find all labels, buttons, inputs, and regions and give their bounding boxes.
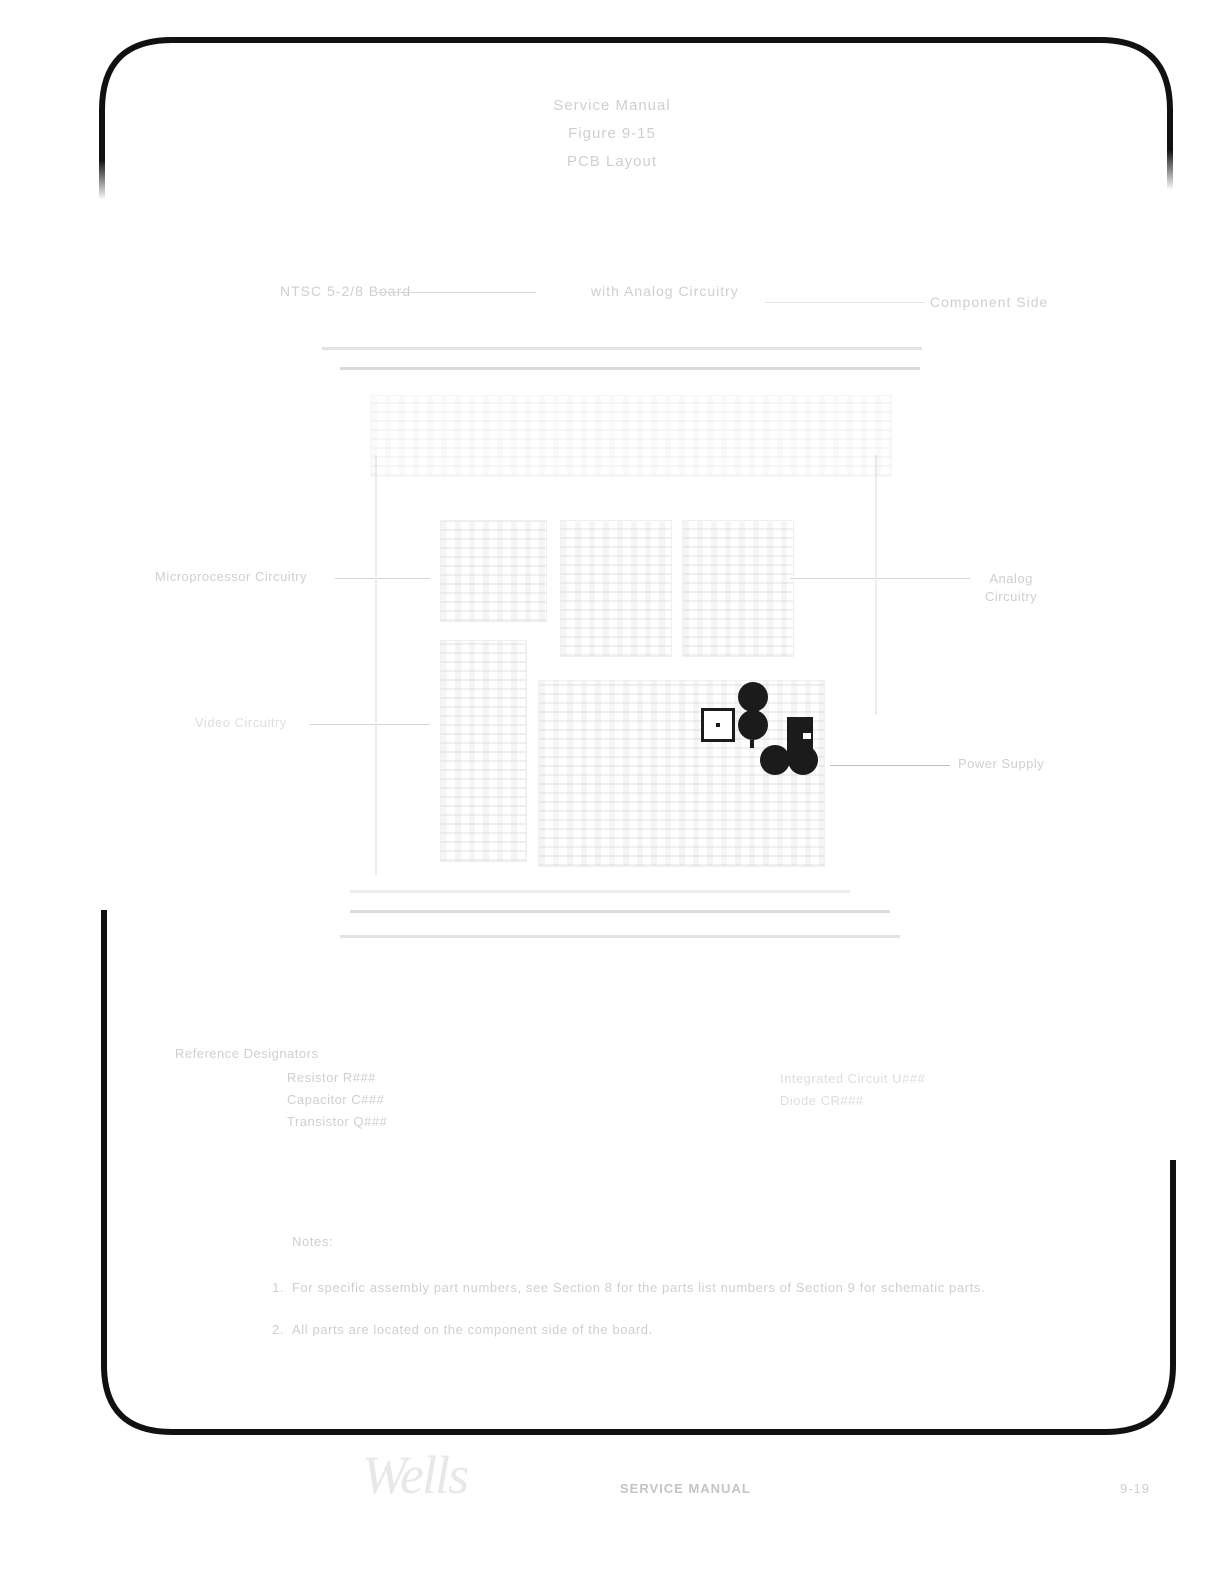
component-group [440, 520, 547, 622]
callout-right-upper: Analog Circuitry [985, 570, 1037, 606]
callout-line: Analog [985, 570, 1037, 588]
title-block: Service Manual Figure 9-15 PCB Layout [0, 92, 1224, 176]
notes-heading: Notes: [292, 1232, 992, 1252]
capacitor-icon [738, 682, 768, 712]
legend-line: Resistor R### [287, 1067, 387, 1089]
note-text: All parts are located on the component s… [292, 1322, 653, 1337]
callout-line: Circuitry [985, 588, 1037, 606]
capacitor-lead [750, 740, 754, 748]
connector-strip-bottom [340, 935, 900, 938]
brand-logo: Wells [362, 1444, 467, 1506]
capacitor-icon [760, 745, 790, 775]
component-group [538, 680, 825, 867]
connector-strip [340, 367, 920, 370]
note-item: 1. For specific assembly part numbers, s… [292, 1278, 992, 1298]
header-right-label: Component Side [930, 294, 1048, 310]
legend-line: Capacitor C### [287, 1089, 387, 1111]
component-group [682, 520, 794, 657]
title-line: Service Manual [0, 92, 1224, 120]
board-edge-top [322, 347, 922, 350]
trace-line [350, 890, 850, 893]
board-edge-right [875, 455, 877, 715]
header-left-label: NTSC 5-2/8 Board with Analog Circuitry [280, 283, 739, 299]
title-line: Figure 9-15 [0, 120, 1224, 148]
note-text: For specific assembly part numbers, see … [292, 1280, 985, 1295]
component-group [560, 520, 672, 657]
component-group [440, 640, 527, 862]
note-item: 2. All parts are located on the componen… [292, 1320, 992, 1340]
board-edge-left [375, 455, 377, 875]
component-row-top [370, 395, 892, 477]
pcb-layout-diagram [310, 335, 930, 955]
capacitor-icon [788, 745, 818, 775]
leader-line [376, 292, 536, 293]
legend-left: Resistor R### Capacitor C### Transistor … [287, 1067, 387, 1133]
legend-line: Integrated Circuit U### [780, 1068, 925, 1090]
leader-line [765, 302, 925, 303]
note-number: 2. [272, 1320, 284, 1340]
board-edge-bottom [350, 910, 890, 913]
note-number: 1. [272, 1278, 284, 1298]
capacitor-icon [738, 710, 768, 740]
callout-left-upper: Microprocessor Circuitry [155, 568, 307, 586]
header-center-label: with Analog Circuitry [591, 283, 739, 299]
legend-heading: Reference Designators [175, 1045, 318, 1063]
legend-line: Transistor Q### [287, 1111, 387, 1133]
callout-left-lower: Video Circuitry [195, 714, 287, 732]
notes: Notes: 1. For specific assembly part num… [292, 1232, 992, 1340]
transformer-icon [701, 708, 735, 742]
page-number: 9-19 [1120, 1481, 1150, 1496]
board-label: NTSC 5-2/8 Board [280, 283, 411, 299]
legend-line: Diode CR### [780, 1090, 925, 1112]
callout-right-lower: Power Supply [958, 755, 1044, 773]
title-line: PCB Layout [0, 148, 1224, 176]
legend-right: Integrated Circuit U### Diode CR### [780, 1068, 925, 1112]
footer-title: SERVICE MANUAL [620, 1481, 751, 1496]
